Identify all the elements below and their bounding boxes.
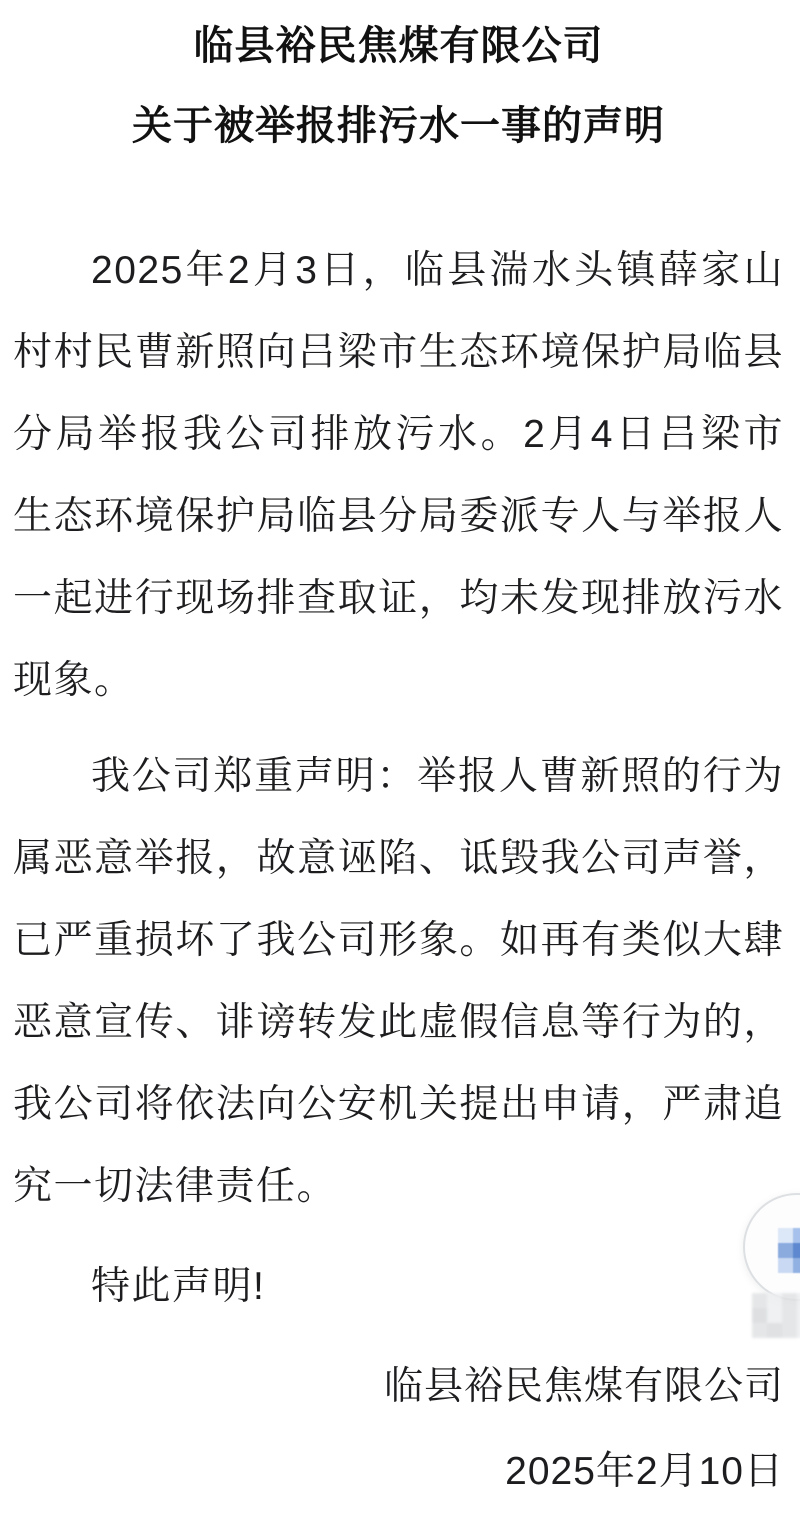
- statement-content: 临县裕民焦煤有限公司 关于被举报排污水一事的声明 2025年2月3日，临县湍水头…: [0, 0, 800, 1513]
- statement-page: 临县裕民焦煤有限公司 关于被举报排污水一事的声明 2025年2月3日，临县湍水头…: [0, 0, 800, 1529]
- paragraph-incident: 2025年2月3日，临县湍水头镇薛家山村村民曹新照向吕梁市生态环境保护局临县分局…: [13, 230, 784, 722]
- document-title-line-1: 临县裕民焦煤有限公司: [13, 6, 784, 86]
- statement-date: 2025年2月10日: [13, 1431, 784, 1513]
- paragraph-declaration: 我公司郑重声明：举报人曹新照的行为属恶意举报，故意诬陷、诋毁我公司声誉，已严重损…: [13, 736, 784, 1228]
- company-signature: 临县裕民焦煤有限公司: [13, 1346, 784, 1428]
- closing-statement: 特此声明!: [13, 1246, 784, 1328]
- document-title-line-2: 关于被举报排污水一事的声明: [13, 86, 784, 166]
